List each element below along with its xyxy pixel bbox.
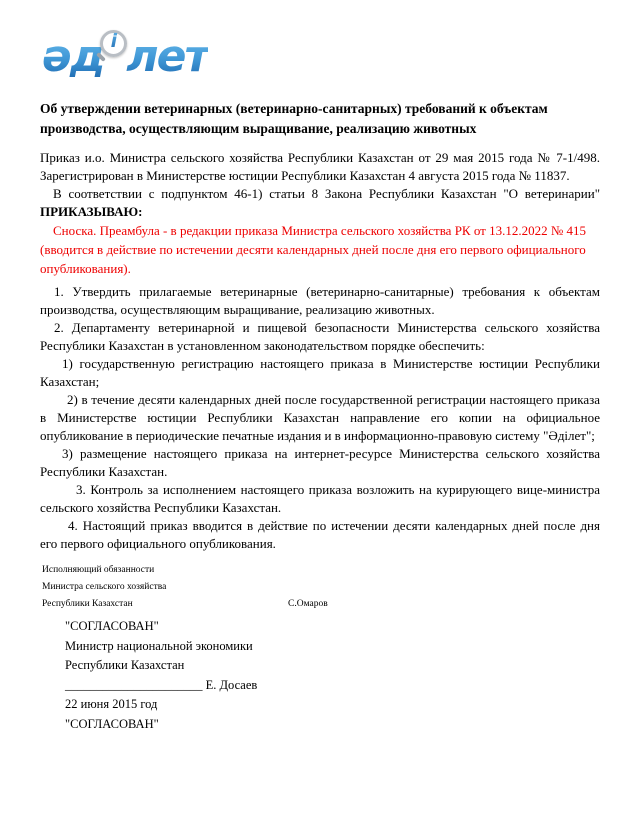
- footnote-paragraph: Сноска. Преамбула - в редакции приказа М…: [40, 221, 600, 278]
- approval-block: "СОГЛАСОВАН" Министр национальной эконом…: [65, 617, 600, 734]
- signature-line-3: Республики КазахстанС.Омаров: [42, 596, 600, 613]
- signature-line-3-label: Республики Казахстан: [42, 596, 288, 613]
- logo-text-suffix: лет: [126, 31, 208, 82]
- approval-minister-country: Республики Казахстан: [65, 656, 600, 676]
- prikazyvayu-word: ПРИКАЗЫВАЮ:: [40, 204, 143, 219]
- approval-stamp-1: "СОГЛАСОВАН": [65, 617, 600, 637]
- subparagraph-3: 3) размещение настоящего приказа на инте…: [40, 445, 600, 481]
- subparagraph-2: 2) в течение десяти календарных дней пос…: [40, 391, 600, 445]
- signatory-name: С.Омаров: [288, 599, 328, 609]
- approval-date: 22 июня 2015 год: [65, 695, 600, 715]
- document-page: әділет Об утверждении ветеринарных (вете…: [0, 0, 640, 828]
- signature-line-1: Исполняющий обязанности: [42, 562, 600, 579]
- paragraph-3: 3. Контроль за исполнением настоящего пр…: [40, 481, 600, 517]
- approval-signature-line: ______________________ Е. Досаев: [65, 676, 600, 696]
- preamble-paragraph: В соответствии с подпунктом 46-1) статьи…: [40, 185, 600, 221]
- document-content: әділет Об утверждении ветеринарных (вете…: [0, 0, 640, 734]
- logo-lens-letter: і: [100, 29, 127, 54]
- document-title: Об утверждении ветеринарных (ветеринарно…: [40, 99, 588, 139]
- signature-block: Исполняющий обязанности Министра сельско…: [42, 562, 600, 613]
- adilet-logo: әділет: [42, 30, 600, 84]
- approval-minister-title: Министр национальной экономики: [65, 637, 600, 657]
- approval-stamp-2: "СОГЛАСОВАН": [65, 715, 600, 735]
- preamble-text: В соответствии с подпунктом 46-1) статьи…: [53, 186, 600, 201]
- paragraph-2: 2. Департаменту ветеринарной и пищевой б…: [40, 319, 600, 355]
- signature-line-2: Министра сельского хозяйства: [42, 579, 600, 596]
- paragraph-1: 1. Утвердить прилагаемые ветеринарные (в…: [40, 283, 600, 319]
- paragraph-4: 4. Настоящий приказ вводится в действие …: [40, 517, 600, 553]
- order-meta-paragraph: Приказ и.о. Министра сельского хозяйства…: [40, 149, 600, 185]
- magnifier-icon: і: [100, 30, 127, 57]
- logo-text-prefix: әд: [42, 31, 103, 82]
- subparagraph-1: 1) государственную регистрацию настоящег…: [40, 355, 600, 391]
